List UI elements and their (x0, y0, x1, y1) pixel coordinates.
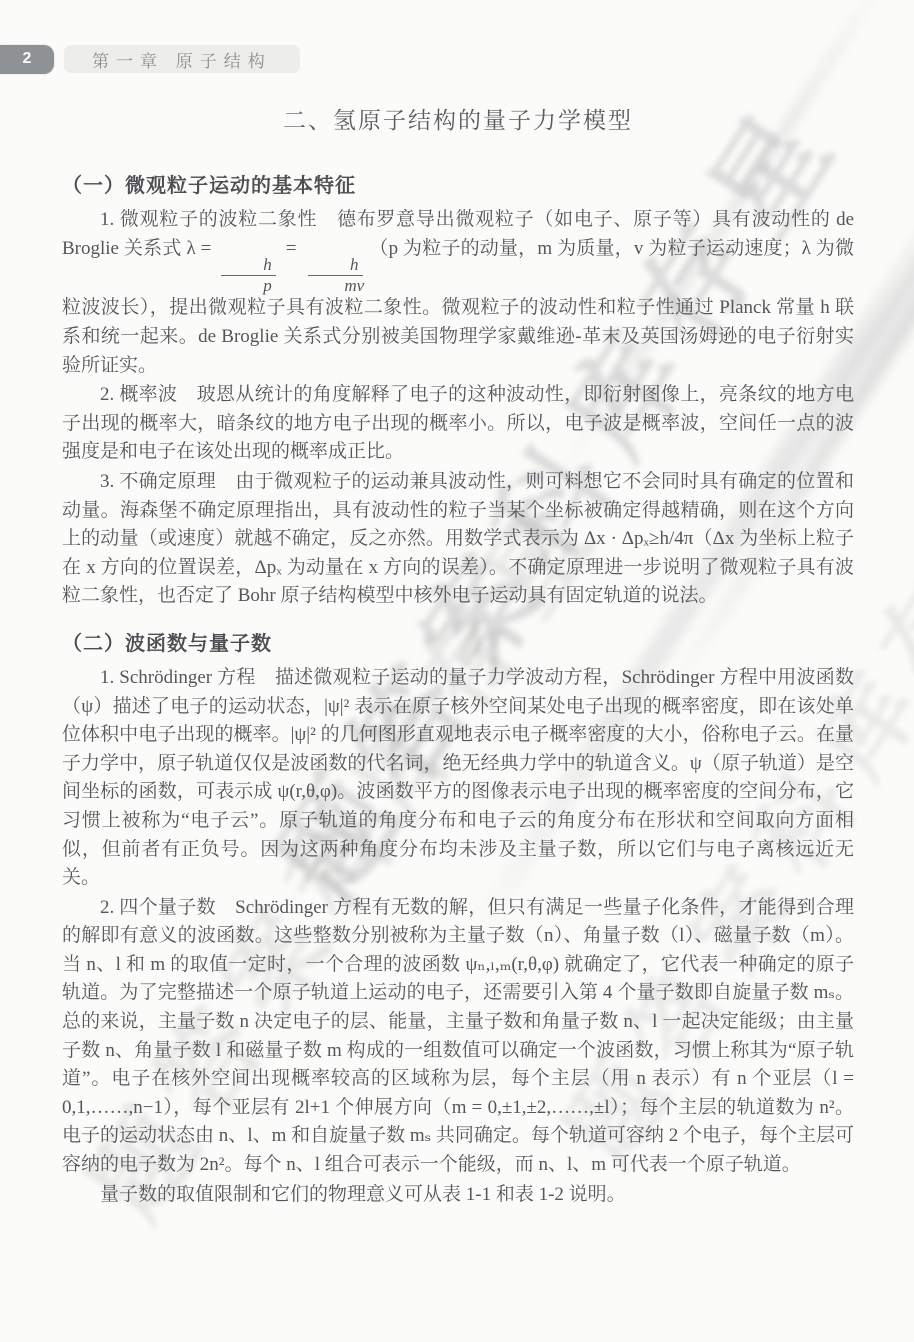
paragraph-probability-wave: 2. 概率波 玻恩从统计的角度解释了电子的这种波动性，即衍射图像上，亮条纹的地方… (62, 381, 854, 467)
section-heading-2: （二）波函数与量子数 (62, 627, 854, 656)
chapter-label: 第一章 原子结构 (64, 45, 300, 73)
paragraph-four-quantum-numbers: 2. 四个量子数 Schrödinger 方程有无数的解，但只有满足一些量子化条… (62, 894, 854, 1180)
page-number: 2 (23, 50, 32, 68)
fraction-h-over-mv: hmv (306, 256, 364, 295)
text-segment: = (281, 238, 302, 259)
paragraph-table-reference: 量子数的取值限制和它们的物理意义可从表 1-1 和表 1-2 说明。 (62, 1181, 854, 1210)
page-content: 二、氢原子结构的量子力学模型 （一）微观粒子运动的基本特征 1. 微观粒子的波粒… (62, 102, 854, 1209)
page-title: 二、氢原子结构的量子力学模型 (62, 102, 854, 135)
page-number-badge: 2 (0, 45, 54, 74)
fraction-numerator: h (308, 256, 363, 276)
paragraph-schrodinger-equation: 1. Schrödinger 方程 描述微观粒子运动的量子力学波动方程，Schr… (62, 664, 854, 893)
page-header: 2 第一章 原子结构 (0, 44, 300, 74)
book-page: 2 第一章 原子结构 题答案科库存星 题答案科库存星 题答案科库存星 二、氢原子… (0, 0, 914, 1342)
paragraph-wave-particle-duality: 1. 微观粒子的波粒二象性 德布罗意导出微观粒子（如电子、原子等）具有波动性的 … (62, 206, 854, 380)
section-heading-1: （一）微观粒子运动的基本特征 (62, 169, 854, 198)
fraction-denominator: p (225, 276, 272, 295)
fraction-denominator: mv (306, 276, 364, 295)
fraction-h-over-p: hp (221, 256, 276, 295)
chapter-label-text: 第一章 原子结构 (92, 47, 272, 72)
fraction-numerator: h (221, 256, 276, 276)
paragraph-uncertainty-principle: 3. 不确定原理 由于微观粒子的运动兼具波动性，则可料想它不会同时具有确定的位置… (62, 468, 854, 611)
